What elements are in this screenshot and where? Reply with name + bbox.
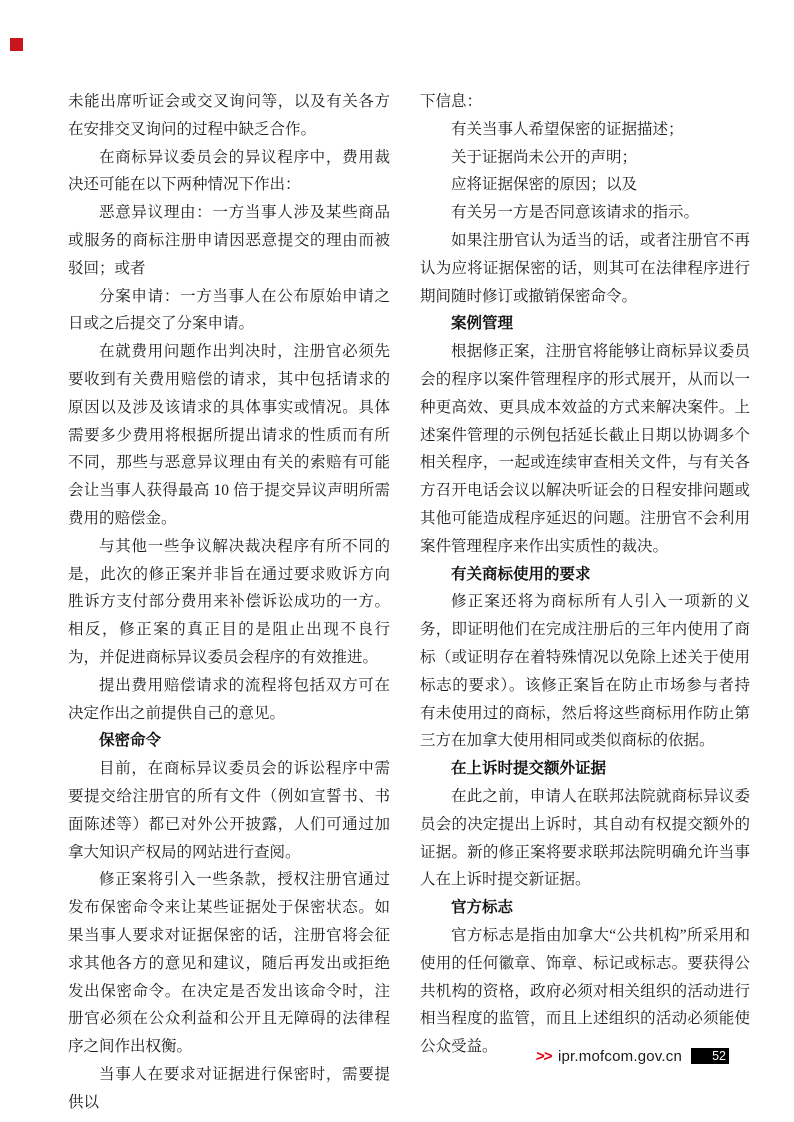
- paragraph: 根据修正案，注册官将能够让商标异议委员会的程序以案件管理程序的形式展开，从而以一…: [420, 338, 750, 560]
- paragraph: 恶意异议理由：一方当事人涉及某些商品或服务的商标注册申请因恶意提交的理由而被驳回…: [68, 199, 390, 282]
- paragraph: 修正案将引入一些条款，授权注册官通过发布保密命令来让某些证据处于保密状态。如果当…: [68, 866, 390, 1061]
- site-url: ipr.mofcom.gov.cn: [558, 1048, 682, 1065]
- paragraph: 分案申请：一方当事人在公布原始申请之日或之后提交了分案申请。: [68, 283, 390, 339]
- left-column: 未能出席听证会或交叉询问等，以及有关各方在安排交叉询问的过程中缺乏合作。 在商标…: [68, 88, 390, 1116]
- paragraph: 修正案还将为商标所有人引入一项新的义务，即证明他们在完成注册后的三年内使用了商标…: [420, 588, 750, 755]
- list-item: 应将证据保密的原因；以及: [420, 171, 750, 199]
- section-heading: 案例管理: [420, 310, 750, 338]
- corner-marker-square: [10, 38, 23, 51]
- paragraph: 目前，在商标异议委员会的诉讼程序中需要提交给注册官的所有文件（例如宣誓书、书面陈…: [68, 755, 390, 866]
- paragraph-continued: 未能出席听证会或交叉询问等，以及有关各方在安排交叉询问的过程中缺乏合作。: [68, 88, 390, 144]
- paragraph: 官方标志是指由加拿大“公共机构”所采用和使用的任何徽章、饰章、标记或标志。要获得…: [420, 922, 750, 1061]
- page-footer: >> ipr.mofcom.gov.cn 52: [536, 1046, 729, 1066]
- list-item: 关于证据尚未公开的声明；: [420, 144, 750, 172]
- document-page: 未能出席听证会或交叉询问等，以及有关各方在安排交叉询问的过程中缺乏合作。 在商标…: [0, 0, 794, 1122]
- section-heading: 在上诉时提交额外证据: [420, 755, 750, 783]
- right-column: 下信息： 有关当事人希望保密的证据描述； 关于证据尚未公开的声明； 应将证据保密…: [420, 88, 750, 1061]
- paragraph: 在此之前，申请人在联邦法院就商标异议委员会的决定提出上诉时，其自动有权提交额外的…: [420, 783, 750, 894]
- double-chevron-icon: >>: [536, 1048, 553, 1065]
- paragraph: 如果注册官认为适当的话，或者注册官不再认为应将证据保密的话，则其可在法律程序进行…: [420, 227, 750, 310]
- section-heading: 有关商标使用的要求: [420, 561, 750, 589]
- paragraph: 在就费用问题作出判决时，注册官必须先要收到有关费用赔偿的请求，其中包括请求的原因…: [68, 338, 390, 533]
- paragraph: 在商标异议委员会的异议程序中，费用裁决还可能在以下两种情况下作出：: [68, 144, 390, 200]
- page-number-badge: 52: [691, 1048, 729, 1064]
- paragraph: 当事人在要求对证据进行保密时，需要提供以: [68, 1061, 390, 1117]
- section-heading: 保密命令: [68, 727, 390, 755]
- list-item: 有关当事人希望保密的证据描述；: [420, 116, 750, 144]
- paragraph-continued: 下信息：: [420, 88, 750, 116]
- paragraph: 提出费用赔偿请求的流程将包括双方可在决定作出之前提供自己的意见。: [68, 672, 390, 728]
- section-heading: 官方标志: [420, 894, 750, 922]
- paragraph: 与其他一些争议解决裁决程序有所不同的是，此次的修正案并非旨在通过要求败诉方向胜诉…: [68, 533, 390, 672]
- list-item: 有关另一方是否同意该请求的指示。: [420, 199, 750, 227]
